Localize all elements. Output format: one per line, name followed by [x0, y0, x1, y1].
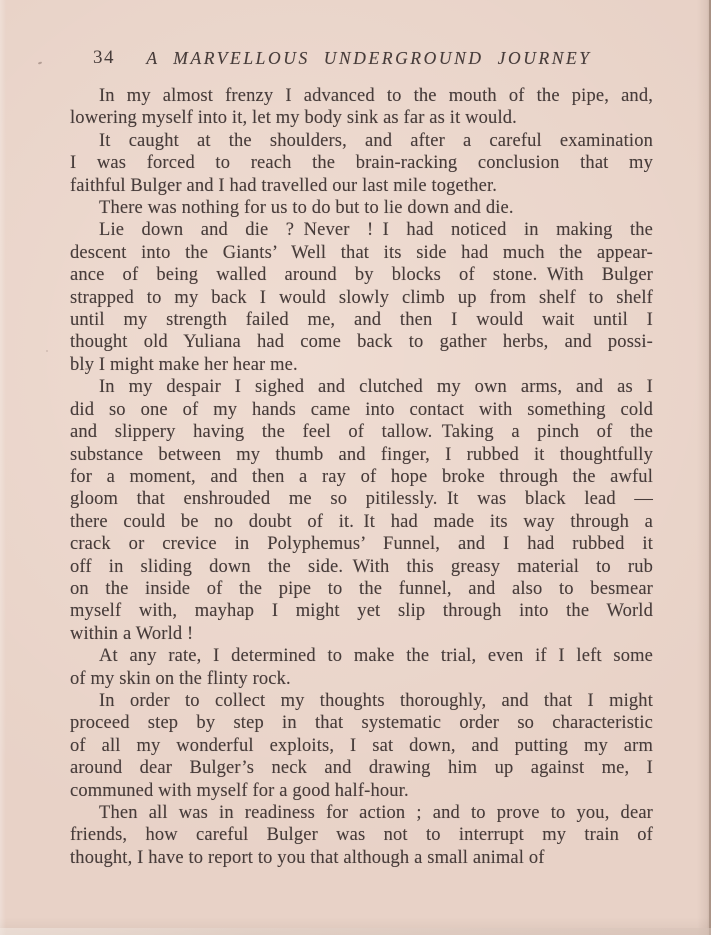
- text-line: strapped to my back I would slowly climb…: [70, 287, 653, 309]
- running-header: A MARVELLOUS UNDERGROUND JOURNEY: [146, 48, 591, 69]
- text-line: In order to collect my thoughts thorough…: [70, 690, 653, 712]
- text-line: thought, I have to report to you that al…: [70, 847, 653, 869]
- text-line: of my skin on the flinty rock.: [70, 668, 653, 690]
- text-line: thought old Yuliana had come back to gat…: [70, 331, 653, 353]
- text-line: friends, how careful Bulger was not to i…: [70, 824, 653, 846]
- text-line: did so one of my hands came into contact…: [70, 399, 653, 421]
- text-line: There was nothing for us to do but to li…: [70, 197, 653, 219]
- text-line: around dear Bulger’s neck and drawing hi…: [70, 757, 653, 779]
- text-line: faithful Bulger and I had travelled our …: [70, 175, 653, 197]
- text-line: of all my wonderful exploits, I sat down…: [70, 735, 653, 757]
- text-line: In my despair I sighed and clutched my o…: [70, 376, 653, 398]
- text-line: until my strength failed me, and then I …: [70, 309, 653, 331]
- text-line: crack or crevice in Polyphemus’ Funnel, …: [70, 533, 653, 555]
- text-line: ance of being walled around by blocks of…: [70, 264, 653, 286]
- book-page: 34 A MARVELLOUS UNDERGROUND JOURNEY In m…: [0, 0, 711, 935]
- text-line: and slippery having the feel of tallow. …: [70, 421, 653, 443]
- text-line: I was forced to reach the brain-racking …: [70, 152, 653, 174]
- text-line: within a World !: [70, 623, 653, 645]
- text-line: proceed step by step in that systematic …: [70, 712, 653, 734]
- page-number: 34: [93, 47, 115, 69]
- text-line: on the inside of the pipe to the funnel,…: [70, 578, 653, 600]
- text-line: myself with, mayhap I might yet slip thr…: [70, 600, 653, 622]
- text-line: bly I might make her hear me.: [70, 354, 653, 376]
- text-line: gloom that enshrouded me so pitilessly. …: [70, 488, 653, 510]
- paper-speck: [600, 660, 602, 662]
- text-line: lowering myself into it, let my body sin…: [70, 107, 653, 129]
- text-line: descent into the Giants’ Well that its s…: [70, 242, 653, 264]
- paper-speck: [38, 61, 42, 64]
- scan-bottom-edge: [0, 928, 711, 935]
- text-line: for a moment, and then a ray of hope bro…: [70, 466, 653, 488]
- text-line: It caught at the shoulders, and after a …: [70, 130, 653, 152]
- text-line: Lie down and die ? Never ! I had noticed…: [70, 219, 653, 241]
- page-body: In my almost frenzy I advanced to the mo…: [70, 85, 653, 869]
- text-line: off in sliding down the side. With this …: [70, 556, 653, 578]
- text-line: Then all was in readiness for action ; a…: [70, 802, 653, 824]
- text-line: substance between my thumb and finger, I…: [70, 444, 653, 466]
- text-line: In my almost frenzy I advanced to the mo…: [70, 85, 653, 107]
- paper-speck: [46, 350, 48, 352]
- text-line: communed with myself for a good half-hou…: [70, 780, 653, 802]
- text-line: there could be no doubt of it. It had ma…: [70, 511, 653, 533]
- paper-speck: [85, 368, 88, 370]
- text-line: At any rate, I determined to make the tr…: [70, 645, 653, 667]
